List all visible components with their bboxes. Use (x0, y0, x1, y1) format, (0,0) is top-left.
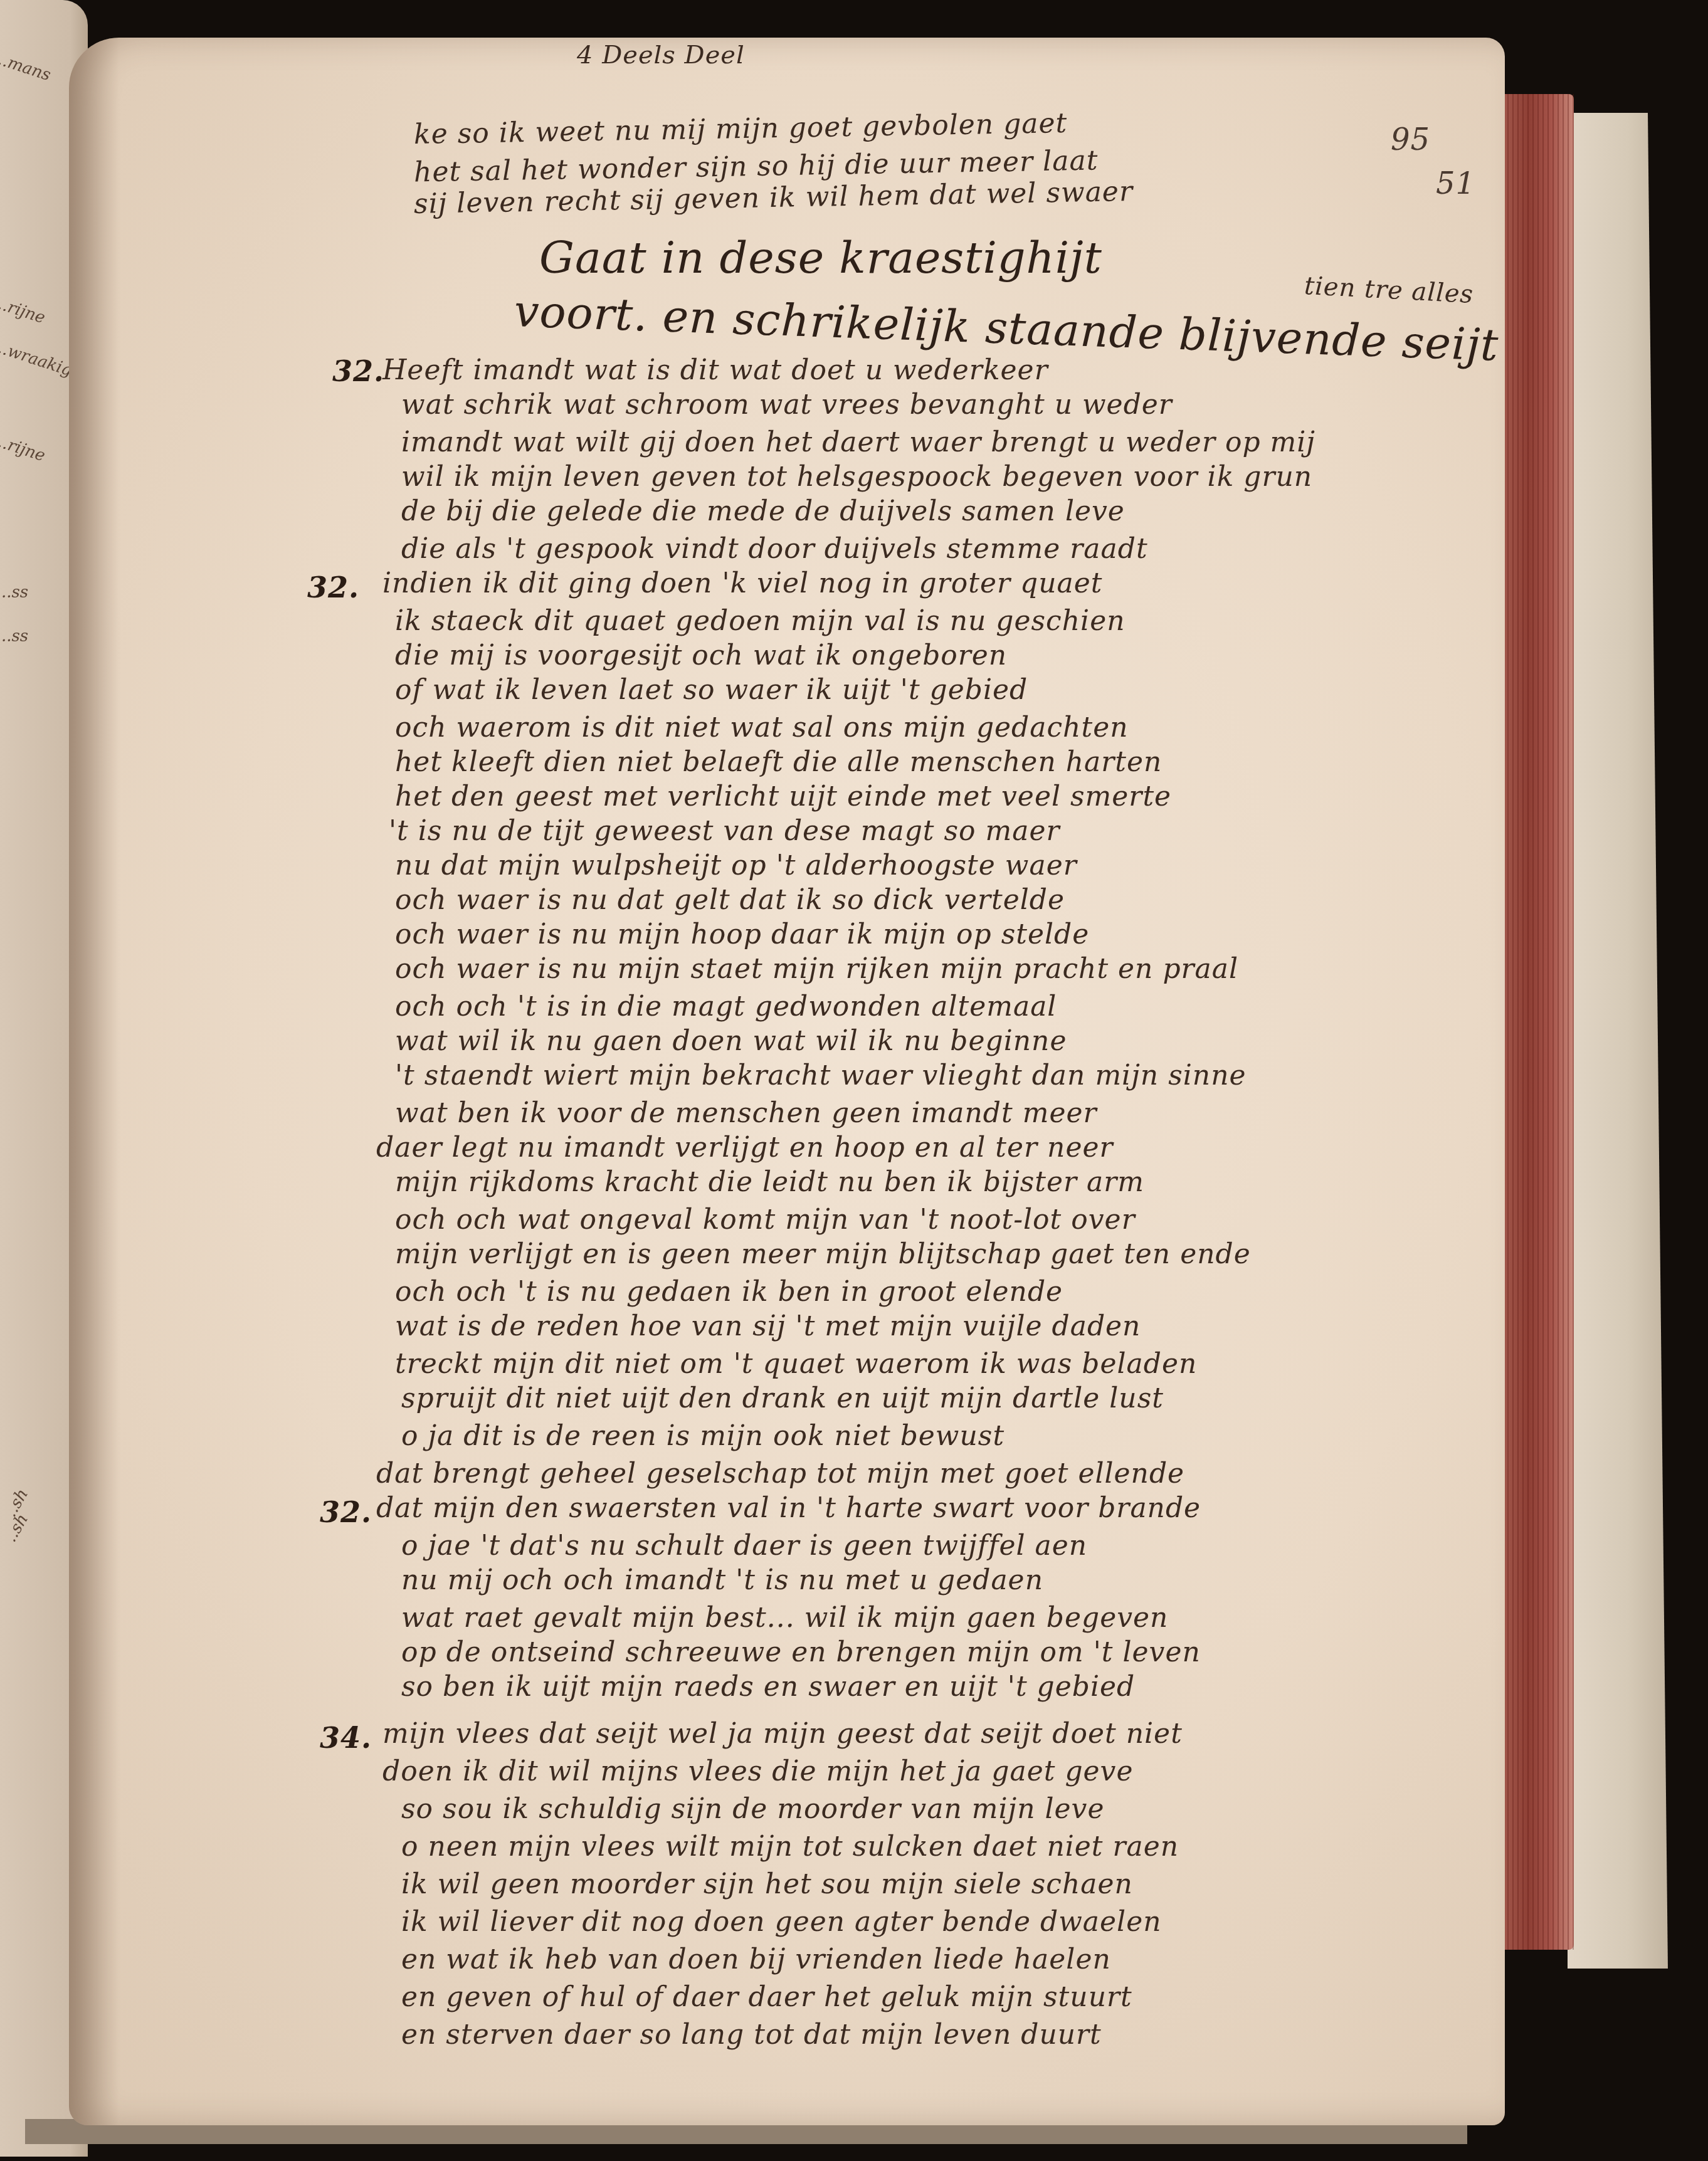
verse-line: wil ik mijn leven geven tot helsgespoock… (401, 461, 1312, 493)
verse-line: och waer is nu dat gelt dat ik so dick v… (395, 884, 1065, 916)
verse-line: so ben ik uijt mijn raeds en swaer en ui… (401, 1671, 1135, 1703)
verse-line: wat ben ik voor de menschen geen imandt … (395, 1097, 1097, 1129)
verse-line: imandt wat wilt gij doen het daert waer … (401, 426, 1315, 458)
verse-line: ik wil geen moorder sijn het sou mijn si… (401, 1868, 1133, 1900)
verse-line: die als 't gespook vindt door duijvels s… (401, 533, 1148, 565)
vellum-cover (1568, 113, 1668, 1969)
verse-line: en geven of hul of daer daer het geluk m… (401, 1981, 1132, 2013)
verse-line: o ja dit is de reen is mijn ook niet bew… (401, 1420, 1004, 1452)
verse-line: 't is nu de tijt geweest van dese magt s… (389, 815, 1060, 847)
verse-line: wat wil ik nu gaen doen wat wil ik nu be… (395, 1025, 1067, 1057)
verse-line: och waerom is dit niet wat sal ons mijn … (395, 712, 1129, 744)
speech-marker: 32. (307, 570, 359, 604)
speech-marker: 32. (332, 354, 384, 388)
verse-line: of wat ik leven laet so waer ik uijt 't … (395, 674, 1028, 706)
verse-line: treckt mijn dit niet om 't quaet waerom … (395, 1348, 1197, 1380)
verse-line: mijn verlijgt en is geen meer mijn blijt… (395, 1238, 1251, 1270)
margin-fragment: ..ss (1, 627, 28, 646)
verse-line: indien ik dit ging doen 'k viel nog in g… (382, 567, 1102, 599)
verse-line: och och 't is in die magt gedwonden alte… (395, 991, 1057, 1023)
folio-number: 51 (1436, 166, 1475, 201)
stage-direction: Gaat in dese kraestighijt (539, 232, 1102, 283)
verse-line: wat schrik wat schroom wat vrees bevangh… (401, 389, 1173, 421)
margin-fragment: ..ss (1, 583, 28, 602)
verse-line: Heeft imandt wat is dit wat doet u weder… (382, 354, 1048, 386)
verse-line: och waer is nu mijn staet mijn rijken mi… (395, 953, 1238, 985)
verse-line: ik wil liever dit nog doen geen agter be… (401, 1906, 1162, 1938)
manuscript-photo: ..mans ..rijne ..wraakig ..rijne ..ss ..… (0, 0, 1708, 2161)
verse-line: dat mijn den swaersten val in 't harte s… (376, 1492, 1201, 1524)
verse-line: doen ik dit wil mijns vlees die mijn het… (382, 1755, 1134, 1787)
verse-line: die mij is voorgesijt och wat ik ongebor… (395, 639, 1007, 671)
verse-line: wat is de reden hoe van sij 't met mijn … (395, 1310, 1141, 1342)
verse-line: op de ontseind schreeuwe en brengen mijn… (401, 1636, 1201, 1668)
verse-line: de bij die gelede die mede de duijvels s… (401, 495, 1125, 527)
verse-line: en sterven daer so lang tot dat mijn lev… (401, 2019, 1102, 2051)
margin-fragment: ..rijne (0, 295, 48, 327)
margin-fragment: ..sh (1, 1511, 32, 1545)
verse-line: nu dat mijn wulpsheijt op 't alderhoogst… (395, 849, 1077, 881)
speech-marker: 32. (320, 1495, 372, 1529)
verse-line: daer legt nu imandt verlijgt en hoop en … (376, 1132, 1114, 1164)
verse-line: och och 't is nu gedaen ik ben in groot … (395, 1276, 1063, 1308)
verse-line: 't staendt wiert mijn bekracht waer vlie… (395, 1059, 1247, 1091)
verse-line: mijn rijkdoms kracht die leidt nu ben ik… (395, 1166, 1144, 1198)
verse-line: nu mij och och imandt 't is nu met u ged… (401, 1564, 1043, 1596)
verse-line: och och wat ongeval komt mijn van 't noo… (395, 1204, 1136, 1236)
verse-line: en wat ik heb van doen bij vrienden lied… (401, 1943, 1111, 1975)
speech-marker: 34. (320, 1721, 372, 1755)
gutter-shadow (69, 38, 119, 2125)
verse-line: so sou ik schuldig sijn de moorder van m… (401, 1793, 1105, 1825)
verse-line: dat brengt geheel geselschap tot mijn me… (376, 1458, 1184, 1490)
verse-line: ik staeck dit quaet gedoen mijn val is n… (395, 605, 1125, 637)
red-page-edge (1499, 94, 1574, 1950)
margin-fragment: ..wraakig (0, 339, 75, 381)
verse-line: wat raet gevalt mijn best... wil ik mijn… (401, 1602, 1168, 1634)
margin-fragment: ..rijne (0, 433, 48, 465)
verse-line: spruijt dit niet uijt den drank en uijt … (401, 1382, 1164, 1414)
running-header: 4 Deels Deel (577, 41, 745, 70)
verse-line: o jae 't dat's nu schult daer is geen tw… (401, 1530, 1087, 1562)
verse-line: het den geest met verlicht uijt einde me… (395, 781, 1171, 812)
folio-number: 95 (1391, 122, 1430, 157)
margin-fragment: ..mans (0, 50, 53, 85)
verse-line: mijn vlees dat seijt wel ja mijn geest d… (382, 1718, 1183, 1750)
verse-line: het kleeft dien niet belaeft die alle me… (395, 746, 1162, 778)
verse-line: och waer is nu mijn hoop daar ik mijn op… (395, 918, 1089, 950)
verse-line: o neen mijn vlees wilt mijn tot sulcken … (401, 1831, 1179, 1863)
